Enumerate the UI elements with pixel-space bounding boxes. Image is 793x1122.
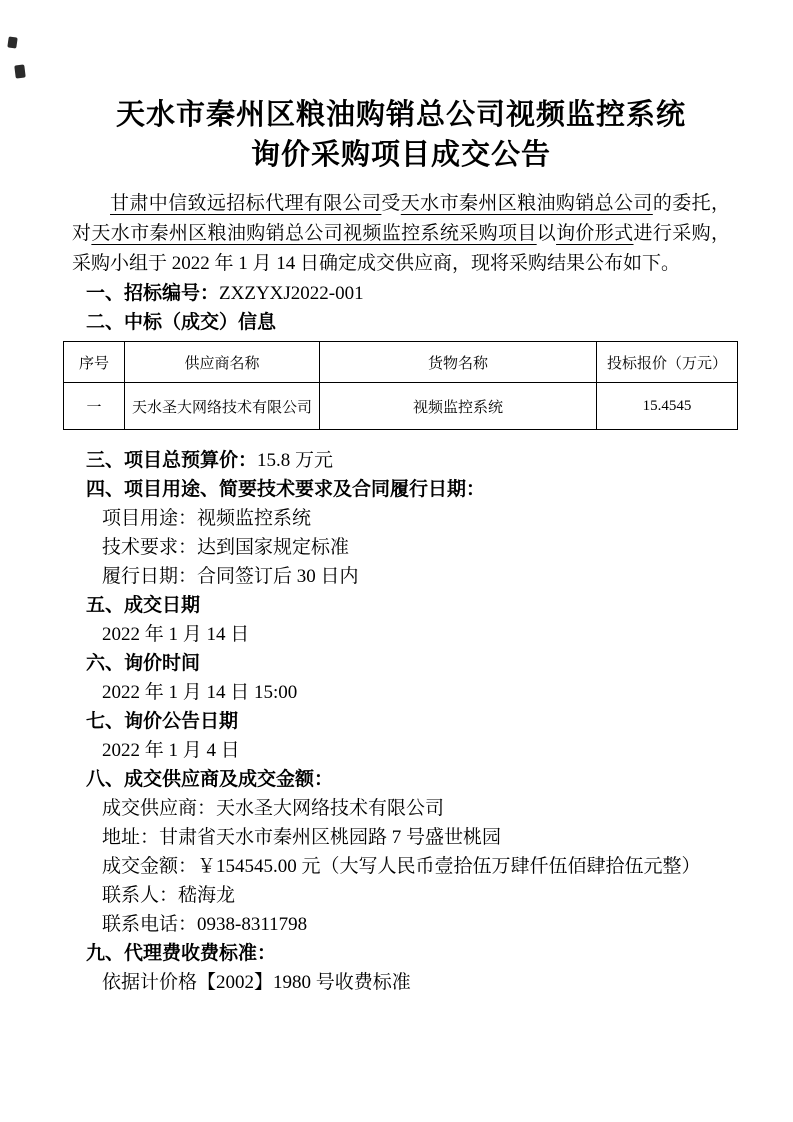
award-info-table: 序号供应商名称货物名称投标报价（万元）一天水圣大网络技术有限公司视频监控系统15… bbox=[63, 341, 738, 430]
section-heading-label: 八、成交供应商及成交金额： bbox=[86, 769, 333, 790]
section-detail-line: 成交金额：￥154545.00 元（大写人民币壹拾伍万肆仟伍佰肆拾伍元整） bbox=[102, 852, 730, 881]
section-detail-line: 2022 年 1 月 4 日 bbox=[102, 736, 730, 765]
table-cell: 天水圣大网络技术有限公司 bbox=[125, 383, 320, 430]
section-heading: 一、招标编号：ZXZYXJ2022-001 bbox=[86, 279, 730, 308]
table-cell: 一 bbox=[64, 383, 125, 430]
section-heading-label: 四、项目用途、简要技术要求及合同履行日期： bbox=[86, 479, 485, 500]
section-heading-label: 九、代理费收费标准： bbox=[86, 943, 276, 964]
underlined-entity-text: 天水市秦州区粮油购销总公司视频监控系统采购项目 bbox=[91, 223, 536, 244]
table-header-cell: 投标报价（万元） bbox=[597, 342, 738, 383]
section-heading: 三、项目总预算价：15.8 万元 bbox=[86, 446, 730, 475]
document-sections: 一、招标编号：ZXZYXJ2022-001二、中标（成交）信息序号供应商名称货物… bbox=[72, 279, 730, 997]
section-detail-line: 项目用途：视频监控系统 bbox=[102, 504, 730, 533]
table-header-cell: 货物名称 bbox=[320, 342, 597, 383]
section-heading: 四、项目用途、简要技术要求及合同履行日期： bbox=[86, 475, 730, 504]
table-header-row: 序号供应商名称货物名称投标报价（万元） bbox=[64, 342, 738, 383]
section-detail-line: 成交供应商：天水圣大网络技术有限公司 bbox=[102, 794, 730, 823]
table-header-cell: 供应商名称 bbox=[125, 342, 320, 383]
table-cell: 视频监控系统 bbox=[320, 383, 597, 430]
title-line-1: 天水市秦州区粮油购销总公司视频监控系统 bbox=[72, 95, 730, 135]
underlined-entity-text: 甘肃中信致远招标代理有限公司 bbox=[110, 193, 381, 214]
intro-paragraph: 甘肃中信致远招标代理有限公司受天水市秦州区粮油购销总公司的委托，对天水市秦州区粮… bbox=[72, 189, 730, 279]
section-heading-value: 15.8 万元 bbox=[257, 450, 333, 471]
section-heading-label: 五、成交日期 bbox=[86, 595, 200, 616]
section-detail-line: 2022 年 1 月 14 日 bbox=[102, 620, 730, 649]
section-heading-label: 一、招标编号： bbox=[86, 283, 219, 304]
section-heading-label: 二、中标（成交）信息 bbox=[86, 312, 276, 333]
section-heading-label: 七、询价公告日期 bbox=[86, 711, 238, 732]
section-heading-label: 六、询价时间 bbox=[86, 653, 200, 674]
section-heading: 九、代理费收费标准： bbox=[86, 939, 730, 968]
section-heading: 二、中标（成交）信息 bbox=[86, 308, 730, 337]
section-detail-line: 履行日期：合同签订后 30 日内 bbox=[102, 562, 730, 591]
document-title: 天水市秦州区粮油购销总公司视频监控系统 询价采购项目成交公告 bbox=[72, 95, 730, 175]
underlined-entity-text: 天水市秦州区粮油购销总公司 bbox=[401, 193, 653, 214]
scan-artifact-mark bbox=[7, 36, 17, 48]
section-heading-value: ZXZYXJ2022-001 bbox=[219, 283, 364, 304]
section-heading: 八、成交供应商及成交金额： bbox=[86, 765, 730, 794]
section-detail-line: 联系人：嵇海龙 bbox=[102, 881, 730, 910]
table-row: 一天水圣大网络技术有限公司视频监控系统15.4545 bbox=[64, 383, 738, 430]
section-heading-label: 三、项目总预算价： bbox=[86, 450, 257, 471]
title-line-2: 询价采购项目成交公告 bbox=[72, 135, 730, 175]
section-detail-line: 依据计价格【2002】1980 号收费标准 bbox=[102, 968, 730, 997]
table-cell: 15.4545 bbox=[597, 383, 738, 430]
section-detail-line: 2022 年 1 月 14 日 15:00 bbox=[102, 678, 730, 707]
table-header-cell: 序号 bbox=[64, 342, 125, 383]
section-detail-line: 地址：甘肃省天水市秦州区桃园路 7 号盛世桃园 bbox=[102, 823, 730, 852]
scan-artifact-mark bbox=[14, 64, 26, 78]
underlined-entity-text: 询价形式 bbox=[556, 223, 633, 244]
document-content: 天水市秦州区粮油购销总公司视频监控系统 询价采购项目成交公告 甘肃中信致远招标代… bbox=[0, 0, 793, 997]
document-page: 天水市秦州区粮油购销总公司视频监控系统 询价采购项目成交公告 甘肃中信致远招标代… bbox=[0, 0, 793, 1122]
paragraph-text: 受 bbox=[381, 193, 400, 214]
section-detail-line: 技术要求：达到国家规定标准 bbox=[102, 533, 730, 562]
section-heading: 六、询价时间 bbox=[86, 649, 730, 678]
paragraph-text: 以 bbox=[537, 223, 556, 244]
section-heading: 七、询价公告日期 bbox=[86, 707, 730, 736]
section-heading: 五、成交日期 bbox=[86, 591, 730, 620]
section-detail-line: 联系电话：0938-8311798 bbox=[102, 910, 730, 939]
